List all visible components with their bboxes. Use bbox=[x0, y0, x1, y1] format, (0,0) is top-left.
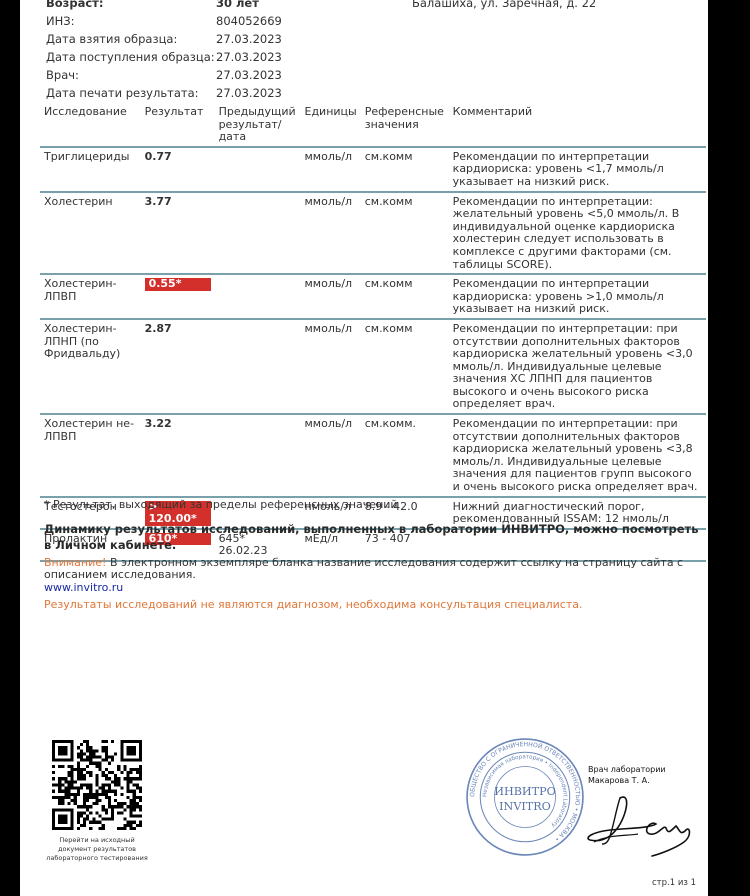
info-value: 30 лет bbox=[216, 0, 259, 12]
comment: Рекомендации по интерпретации кардиориск… bbox=[449, 274, 706, 319]
previous-result bbox=[215, 147, 301, 192]
result-value: 0.77 bbox=[141, 147, 215, 192]
header-previous: Предыдущий результат/дата bbox=[215, 104, 301, 147]
info-row-inz: ИНЗ: 804052669 bbox=[46, 12, 282, 30]
header-result: Результат bbox=[141, 104, 215, 147]
info-value: 804052669 bbox=[216, 12, 282, 30]
info-row-received-date: Дата поступления образца: 27.03.2023 bbox=[46, 48, 282, 66]
header-comment: Комментарий bbox=[449, 104, 706, 147]
lab-stamp-icon: ОБЩЕСТВО С ОГРАНИЧЕННОЙ ОТВЕТСТВЕННОСТЬЮ… bbox=[464, 736, 586, 858]
test-name-link[interactable]: Холестерин не-ЛПВП bbox=[40, 414, 141, 497]
units: ммоль/л bbox=[301, 274, 361, 319]
info-label: ИНЗ: bbox=[46, 12, 216, 30]
test-name-link[interactable]: Холестерин-ЛПНП (по Фридвальду) bbox=[40, 319, 141, 414]
warning-text: В электронном экземпляре бланка название… bbox=[44, 556, 683, 581]
info-label: Дата печати результата: bbox=[46, 84, 216, 102]
units: ммоль/л bbox=[301, 319, 361, 414]
header-reference: Референсные значения bbox=[361, 104, 449, 147]
patient-info: Возраст: 30 лет ИНЗ: 804052669 Дата взят… bbox=[46, 0, 282, 102]
units: ммоль/л bbox=[301, 147, 361, 192]
test-name-link[interactable]: Триглицериды bbox=[40, 147, 141, 192]
table-header-row: Исследование Результат Предыдущий резуль… bbox=[40, 104, 706, 147]
reference-range: см.комм bbox=[361, 147, 449, 192]
table-row: Холестерин-ЛПВП0.55*ммоль/лсм.коммРекоме… bbox=[40, 274, 706, 319]
reference-range: см.комм bbox=[361, 274, 449, 319]
results-table: Исследование Результат Предыдущий резуль… bbox=[40, 104, 706, 562]
test-name-link[interactable]: Холестерин-ЛПВП bbox=[40, 274, 141, 319]
test-name-link[interactable]: Холестерин bbox=[40, 192, 141, 275]
info-value: 27.03.2023 bbox=[216, 84, 282, 102]
qr-caption: Перейти на исходный документ результатов… bbox=[42, 836, 152, 863]
info-label: Возраст: bbox=[46, 0, 216, 12]
website-link[interactable]: www.invitro.ru bbox=[44, 581, 123, 594]
info-row-print-date: Дата печати результата: 27.03.2023 bbox=[46, 84, 282, 102]
signature-icon bbox=[580, 790, 700, 860]
info-label: Дата взятия образца: bbox=[46, 30, 216, 48]
info-row-age: Возраст: 30 лет bbox=[46, 0, 282, 12]
warning-note: Внимание! В электронном экземпляре бланк… bbox=[44, 557, 708, 581]
doctor-name: Макарова Т. А. bbox=[588, 775, 666, 786]
info-value: 27.03.2023 bbox=[216, 48, 282, 66]
svg-text:INVITRO: INVITRO bbox=[499, 800, 551, 813]
units: ммоль/л bbox=[301, 192, 361, 275]
flagged-result: 0.55* bbox=[145, 278, 211, 291]
table-row: Холестерин-ЛПНП (по Фридвальду)2.87ммоль… bbox=[40, 319, 706, 414]
disclaimer: Результаты исследований не являются диаг… bbox=[44, 598, 583, 611]
table-row: Триглицериды0.77ммоль/лсм.коммРекомендац… bbox=[40, 147, 706, 192]
dynamics-note: Динамику результатов исследований, выпол… bbox=[44, 521, 704, 553]
info-value: 27.03.2023 bbox=[216, 66, 282, 84]
reference-range: см.комм. bbox=[361, 414, 449, 497]
info-row-doctor: Врач: 27.03.2023 bbox=[46, 66, 282, 84]
comment: Рекомендации по интерпретации: желательн… bbox=[449, 192, 706, 275]
doctor-signature-block: Врач лаборатории Макарова Т. А. bbox=[588, 764, 666, 786]
page-indicator: стр.1 из 1 bbox=[652, 878, 696, 888]
result-value: 3.22 bbox=[141, 414, 215, 497]
header-test: Исследование bbox=[40, 104, 141, 147]
qr-code-icon[interactable] bbox=[52, 740, 142, 830]
qr-block[interactable]: Перейти на исходный документ результатов… bbox=[42, 740, 152, 863]
result-value: 0.55* bbox=[141, 274, 215, 319]
table-row: Холестерин3.77ммоль/лсм.коммРекомендации… bbox=[40, 192, 706, 275]
previous-result bbox=[215, 274, 301, 319]
comment: Рекомендации по интерпретации: при отсут… bbox=[449, 319, 706, 414]
info-row-sample-date: Дата взятия образца: 27.03.2023 bbox=[46, 30, 282, 48]
previous-result bbox=[215, 319, 301, 414]
lab-report-page: Возраст: 30 лет ИНЗ: 804052669 Дата взят… bbox=[20, 0, 708, 896]
info-value: 27.03.2023 bbox=[216, 30, 282, 48]
comment: Рекомендации по интерпретации: при отсут… bbox=[449, 414, 706, 497]
info-label: Врач: bbox=[46, 66, 216, 84]
units: ммоль/л bbox=[301, 414, 361, 497]
lab-address: Балашиха, ул. Заречная, д. 22 bbox=[412, 0, 596, 12]
out-of-range-footnote: * Результат, выходящий за пределы рефере… bbox=[44, 498, 398, 511]
previous-result bbox=[215, 414, 301, 497]
result-value: 3.77 bbox=[141, 192, 215, 275]
svg-text:ИНВИТРО: ИНВИТРО bbox=[494, 785, 556, 798]
info-label: Дата поступления образца: bbox=[46, 48, 216, 66]
header-units: Единицы bbox=[301, 104, 361, 147]
doctor-title: Врач лаборатории bbox=[588, 764, 666, 775]
table-row: Холестерин не-ЛПВП3.22ммоль/лсм.комм.Рек… bbox=[40, 414, 706, 497]
previous-result bbox=[215, 192, 301, 275]
reference-range: см.комм bbox=[361, 319, 449, 414]
reference-range: см.комм bbox=[361, 192, 449, 275]
comment: Рекомендации по интерпретации кардиориск… bbox=[449, 147, 706, 192]
result-value: 2.87 bbox=[141, 319, 215, 414]
